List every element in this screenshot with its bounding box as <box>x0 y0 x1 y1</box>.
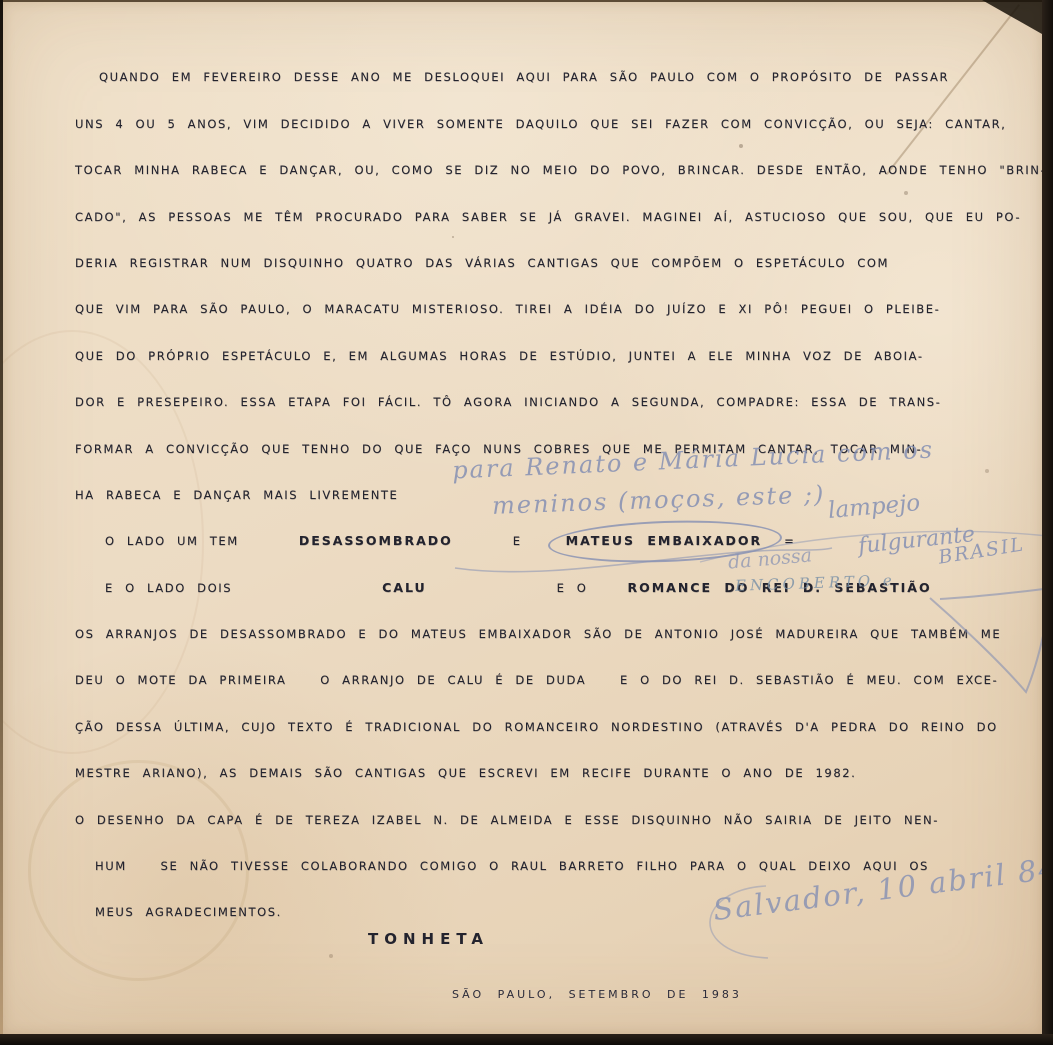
text-line: TOCAR MINHA RABECA E DANÇAR, OU, COMO SE… <box>75 131 1027 177</box>
track-title-mateus-embaixador: MATEUS EMBAIXADOR <box>562 533 766 548</box>
text-line: OS ARRANJOS DE DESASSOMBRADO E DO MATEUS… <box>75 595 1027 641</box>
scan-edge-left <box>0 0 3 1045</box>
text-line: CADO", AS PESSOAS ME TÊM PROCURADO PARA … <box>75 177 1027 223</box>
text-line: O DESENHO DA CAPA É DE TEREZA IZABEL N. … <box>75 780 1027 826</box>
text-line: HUM SE NÃO TIVESSE COLABORANDO COMIGO O … <box>75 827 1027 873</box>
track-title-desassombrado: DESASSOMBRADO <box>299 533 453 548</box>
signature-tonheta: TONHETA <box>368 930 489 948</box>
scanned-record-sleeve-note: { "page": { "paper_color": "#ecdbc3", "i… <box>0 0 1053 1045</box>
text-line: QUANDO EM FEVEREIRO DESSE ANO ME DESLOQU… <box>75 38 1027 84</box>
text-line: ÇÃO DESSA ÚLTIMA, CUJO TEXTO É TRADICION… <box>75 687 1027 733</box>
scan-corner-top-right <box>982 0 1042 34</box>
side-b-label: E O LADO DOIS <box>105 581 232 595</box>
scan-edge-top <box>0 0 1053 2</box>
side-a-label: O LADO UM TEM <box>105 534 239 548</box>
scan-edge-bottom <box>0 1034 1053 1045</box>
text-line: DERIA REGISTRAR NUM DISQUINHO QUATRO DAS… <box>75 224 1027 270</box>
text-line: QUE VIM PARA SÃO PAULO, O MARACATU MISTE… <box>75 270 1027 316</box>
conjunction: E O <box>557 581 588 595</box>
conjunction: E <box>513 534 522 548</box>
scan-edge-right <box>1042 0 1053 1045</box>
text-line: DOR E PRESEPEIRO. ESSA ETAPA FOI FÁCIL. … <box>75 363 1027 409</box>
track-title-calu: CALU <box>382 580 427 595</box>
text-line: QUE DO PRÓPRIO ESPETÁCULO E, EM ALGUMAS … <box>75 316 1027 362</box>
text-line: UNS 4 OU 5 ANOS, VIM DECIDIDO A VIVER SO… <box>75 84 1027 130</box>
dateline-sao-paulo: SÃO PAULO, SETEMBRO DE 1983 <box>452 988 742 1001</box>
text-line: DEU O MOTE DA PRIMEIRA O ARRANJO DE CALU… <box>75 641 1027 687</box>
text-line: MESTRE ARIANO), AS DEMAIS SÃO CANTIGAS Q… <box>75 734 1027 780</box>
